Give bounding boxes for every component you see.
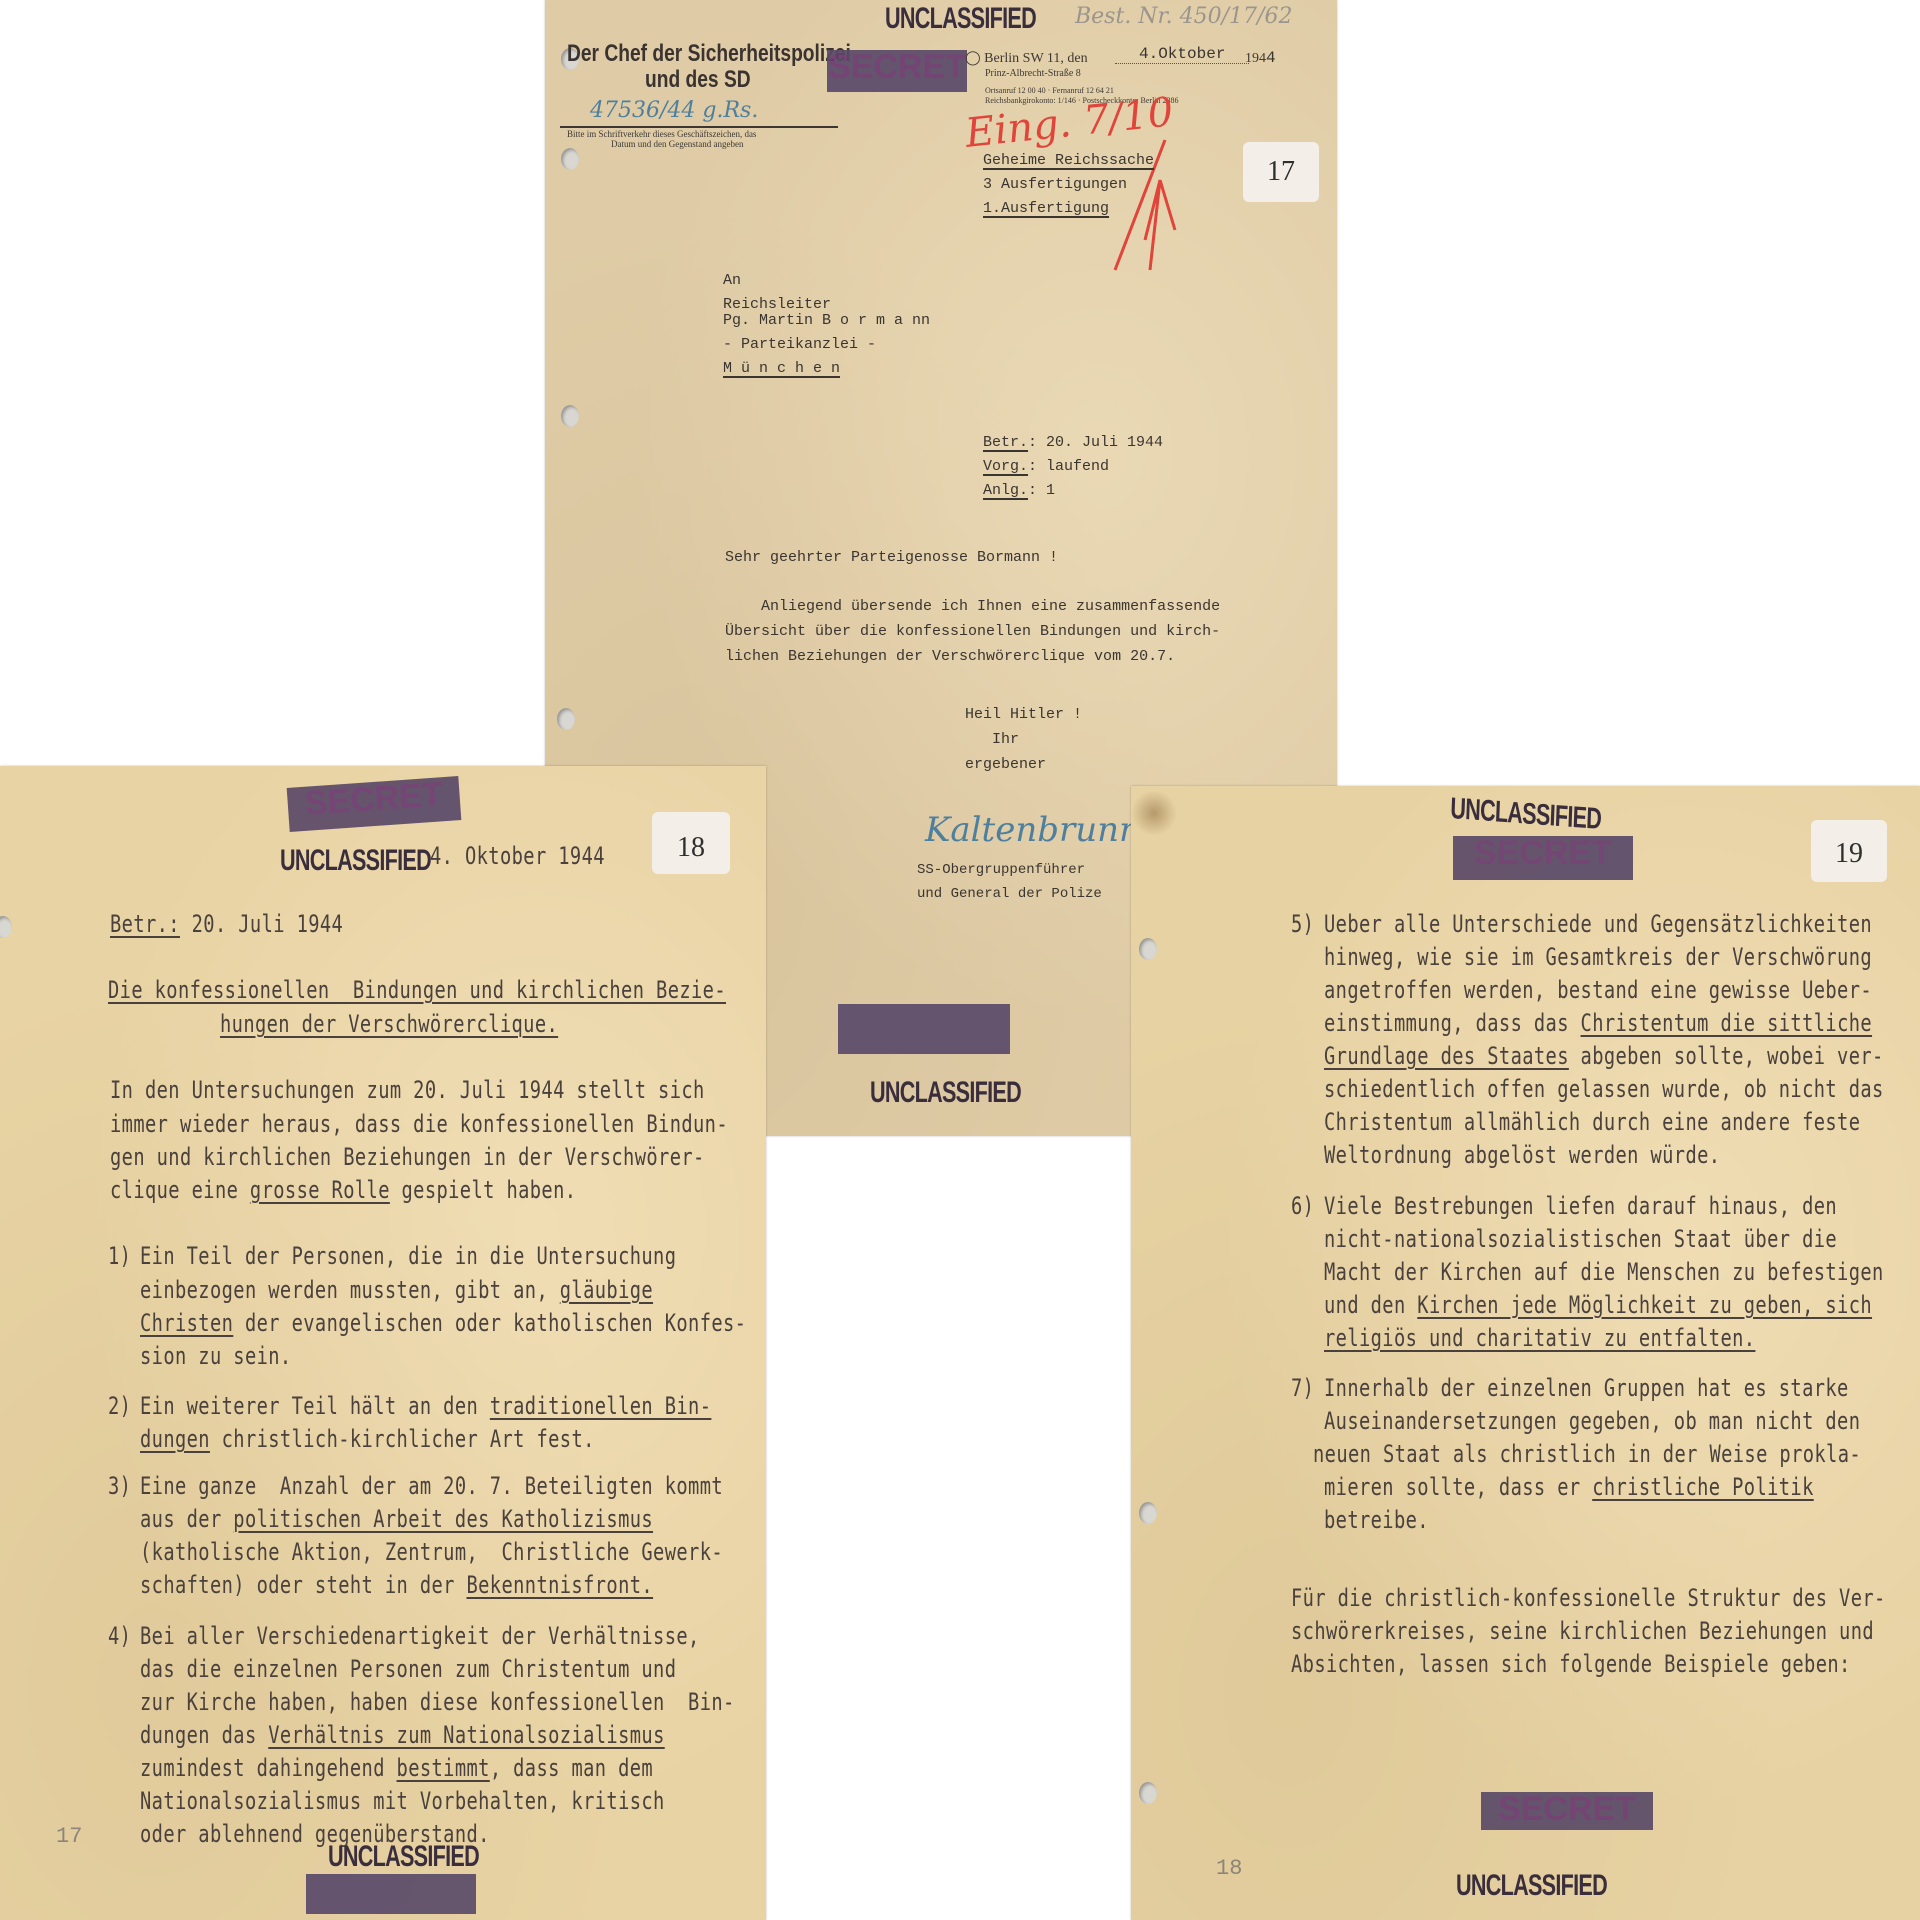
body-line: Übersicht über die konfessionellen Bindu… [725, 623, 1220, 640]
copy-number-label: 1.Ausfertigung [983, 200, 1109, 217]
subject-line: Betr.: 20. Juli 1944 [110, 910, 343, 938]
letterhead-line-2: und des SD [645, 66, 751, 94]
item-line: einstimmung, dass das Christentum die si… [1324, 1009, 1872, 1037]
reference-number-handwritten: 47536/44 g.Rs. [590, 98, 758, 123]
stamp-unclassified: UNCLASSIFIED [885, 2, 1036, 36]
punch-hole [1139, 1502, 1157, 1524]
item-line: das die einzelnen Personen zum Christent… [140, 1655, 676, 1683]
stamp-secret-redacted: SECRET [1453, 836, 1633, 880]
item-number: 4) [108, 1622, 131, 1650]
closing-heil: Heil Hitler ! [965, 706, 1082, 723]
punch-hole [561, 405, 579, 427]
classification-label: Geheime Reichssache [983, 152, 1154, 169]
address-line: Prinz-Albrecht-Straße 8 [985, 68, 1081, 79]
intro-line: clique eine grosse Rolle gespielt haben. [110, 1176, 576, 1204]
punch-hole [1139, 938, 1157, 960]
date-value: 4.Oktober [1115, 45, 1249, 64]
subject-anlg: Anlg.: 1 [983, 482, 1055, 499]
item-line: zumindest dahingehend bestimmt, dass man… [140, 1754, 653, 1782]
stamp-unclassified: UNCLASSIFIED [280, 844, 431, 878]
item-line: schaften) oder steht in der Bekenntnisfr… [140, 1571, 653, 1599]
punch-hole [1139, 1782, 1157, 1804]
copies-label: 3 Ausfertigungen [983, 176, 1127, 193]
archive-note: Best. Nr. 450/17/62 [1075, 4, 1292, 29]
stamp-unclassified: UNCLASSIFIED [1450, 792, 1602, 837]
page-number-tag: 18 [652, 812, 730, 874]
item-line: zur Kirche haben, haben diese konfession… [140, 1688, 735, 1716]
item-line: und den Kirchen jede Möglichkeit zu gebe… [1324, 1291, 1872, 1319]
document-page-19: UNCLASSIFIED SECRET 19 5) Ueber alle Unt… [1131, 786, 1920, 1920]
recipient-name: Pg. Martin B o r m a nn [723, 312, 930, 329]
item-number: 2) [108, 1392, 131, 1420]
item-line: Grundlage des Staates abgeben sollte, wo… [1324, 1042, 1884, 1070]
item-line: sion zu sein. [140, 1342, 292, 1370]
item-line: dungen christlich-kirchlicher Art fest. [140, 1425, 595, 1453]
item-line: Nationalsozialismus mit Vorbehalten, kri… [140, 1787, 665, 1815]
item-line: (katholische Aktion, Zentrum, Christlich… [140, 1538, 723, 1566]
closing-ergebener: ergebener [965, 756, 1046, 773]
item-number: 1) [108, 1242, 131, 1270]
item-line: angetroffen werden, bestand eine gewisse… [1324, 976, 1872, 1004]
item-line: Ueber alle Unterschiede und Gegensätzlic… [1324, 910, 1872, 938]
stamp-secret-redacted-bottom: SECRET [1481, 1792, 1653, 1830]
stamp-secret-redacted: SECRET [827, 50, 967, 92]
item-line: Bei aller Verschiedenartigkeit der Verhä… [140, 1622, 700, 1650]
closing-line: Für die christlich-konfessionelle Strukt… [1291, 1584, 1886, 1612]
punch-hole [0, 916, 12, 938]
item-line: schiedentlich offen gelassen wurde, ob n… [1324, 1075, 1884, 1103]
margin-page-number: 18 [1216, 1856, 1242, 1881]
item-number: 5) [1291, 910, 1314, 938]
item-line: Weltordnung abgelöst werden würde. [1324, 1141, 1720, 1169]
red-paraph-mark [1105, 120, 1205, 280]
stamp-secret-redacted: SECRET [287, 776, 462, 832]
subject-betr: Betr.: 20. Juli 1944 [983, 434, 1163, 451]
stamp-secret-redacted-bottom [306, 1874, 476, 1914]
signer-rank-line-2: und General der Polize [917, 886, 1102, 902]
stamp-unclassified-bottom: UNCLASSIFIED [870, 1076, 1021, 1110]
body-line: lichen Beziehungen der Verschwörerclique… [725, 648, 1175, 665]
place-label: ◯ Berlin SW 11, den [965, 50, 1088, 67]
reference-rule [560, 126, 838, 128]
subject-vorg: Vorg.: laufend [983, 458, 1109, 475]
closing-ihr: Ihr [965, 731, 1019, 748]
year: 1944 [1245, 49, 1276, 67]
page-number-tag: 17 [1243, 142, 1319, 202]
item-number: 7) [1291, 1374, 1314, 1402]
rust-stain [1131, 790, 1177, 836]
body-line: Anliegend übersende ich Ihnen eine zusam… [725, 598, 1220, 615]
reference-note-line-2: Datum und den Gegenstand angeben [611, 139, 743, 149]
item-line: einbezogen werden mussten, gibt an, gläu… [140, 1276, 653, 1304]
recipient-office: - Parteikanzlei - [723, 336, 876, 353]
recipient-title: Reichsleiter [723, 296, 831, 313]
item-line: mieren sollte, dass er christliche Polit… [1324, 1473, 1814, 1501]
intro-line: In den Untersuchungen zum 20. Juli 1944 … [110, 1076, 705, 1104]
recipient-an: An [723, 272, 741, 289]
margin-page-number: 17 [56, 1824, 82, 1849]
document-page-18: SECRET UNCLASSIFIED 4. Oktober 1944 18 B… [0, 766, 766, 1920]
item-line: betreibe. [1324, 1506, 1429, 1534]
item-line: Viele Bestrebungen liefen darauf hinaus,… [1324, 1192, 1837, 1220]
item-line: Innerhalb der einzelnen Gruppen hat es s… [1324, 1374, 1849, 1402]
stamp-unclassified-bottom: UNCLASSIFIED [1456, 1869, 1607, 1903]
salutation: Sehr geehrter Parteigenosse Bormann ! [725, 549, 1058, 566]
item-line: Christen der evangelischen oder katholis… [140, 1309, 746, 1337]
item-line: dungen das Verhältnis zum Nationalsozial… [140, 1721, 665, 1749]
item-number: 3) [108, 1472, 131, 1500]
stamp-secret-redacted-bottom [838, 1004, 1010, 1054]
stamp-unclassified-bottom: UNCLASSIFIED [328, 1840, 479, 1874]
item-line: aus der politischen Arbeit des Katholizi… [140, 1505, 653, 1533]
item-line: Christentum allmählich durch eine andere… [1324, 1108, 1860, 1136]
item-line: Ein Teil der Personen, die in die Unters… [140, 1242, 676, 1270]
intro-line: immer wieder heraus, dass die konfession… [110, 1110, 728, 1138]
item-line: religiös und charitativ zu entfalten. [1324, 1324, 1755, 1352]
document-date: 4. Oktober 1944 [430, 842, 605, 870]
circle-mark-icon: ◯ [965, 51, 981, 66]
section-title-line-2: hungen der Verschwörerclique. [220, 1010, 558, 1038]
letterhead-line-1: Der Chef der Sicherheitspolizei [567, 40, 851, 68]
section-title-line-1: Die konfessionellen Bindungen und kirchl… [108, 976, 726, 1004]
item-line: Macht der Kirchen auf die Menschen zu be… [1324, 1258, 1884, 1286]
item-number: 6) [1291, 1192, 1314, 1220]
recipient-city: M ü n c h e n [723, 360, 840, 377]
punch-hole [561, 148, 579, 170]
item-line: Ein weiterer Teil hält an den traditione… [140, 1392, 711, 1420]
punch-hole [557, 708, 575, 730]
reference-note-line-1: Bitte im Schriftverkehr dieses Geschäfts… [567, 129, 756, 139]
closing-line: schwörerkreises, seine kirchlichen Bezie… [1291, 1617, 1874, 1645]
item-line: hinweg, wie sie im Gesamtkreis der Versc… [1324, 943, 1872, 971]
page-number-tag: 19 [1811, 820, 1887, 882]
intro-line: gen und kirchlichen Beziehungen in der V… [110, 1143, 705, 1171]
item-line: Eine ganze Anzahl der am 20. 7. Beteilig… [140, 1472, 723, 1500]
item-line: Auseinandersetzungen gegeben, ob man nic… [1324, 1407, 1860, 1435]
item-line: neuen Staat als christlich in der Weise … [1313, 1440, 1861, 1468]
signer-rank-line-1: SS-Obergruppenführer [917, 862, 1085, 878]
item-line: nicht-nationalsozialistischen Staat über… [1324, 1225, 1837, 1253]
closing-line: Absichten, lassen sich folgende Beispiel… [1291, 1650, 1851, 1678]
phone-line: Ortsanruf 12 00 40 · Fernanruf 12 64 21 [985, 86, 1114, 95]
